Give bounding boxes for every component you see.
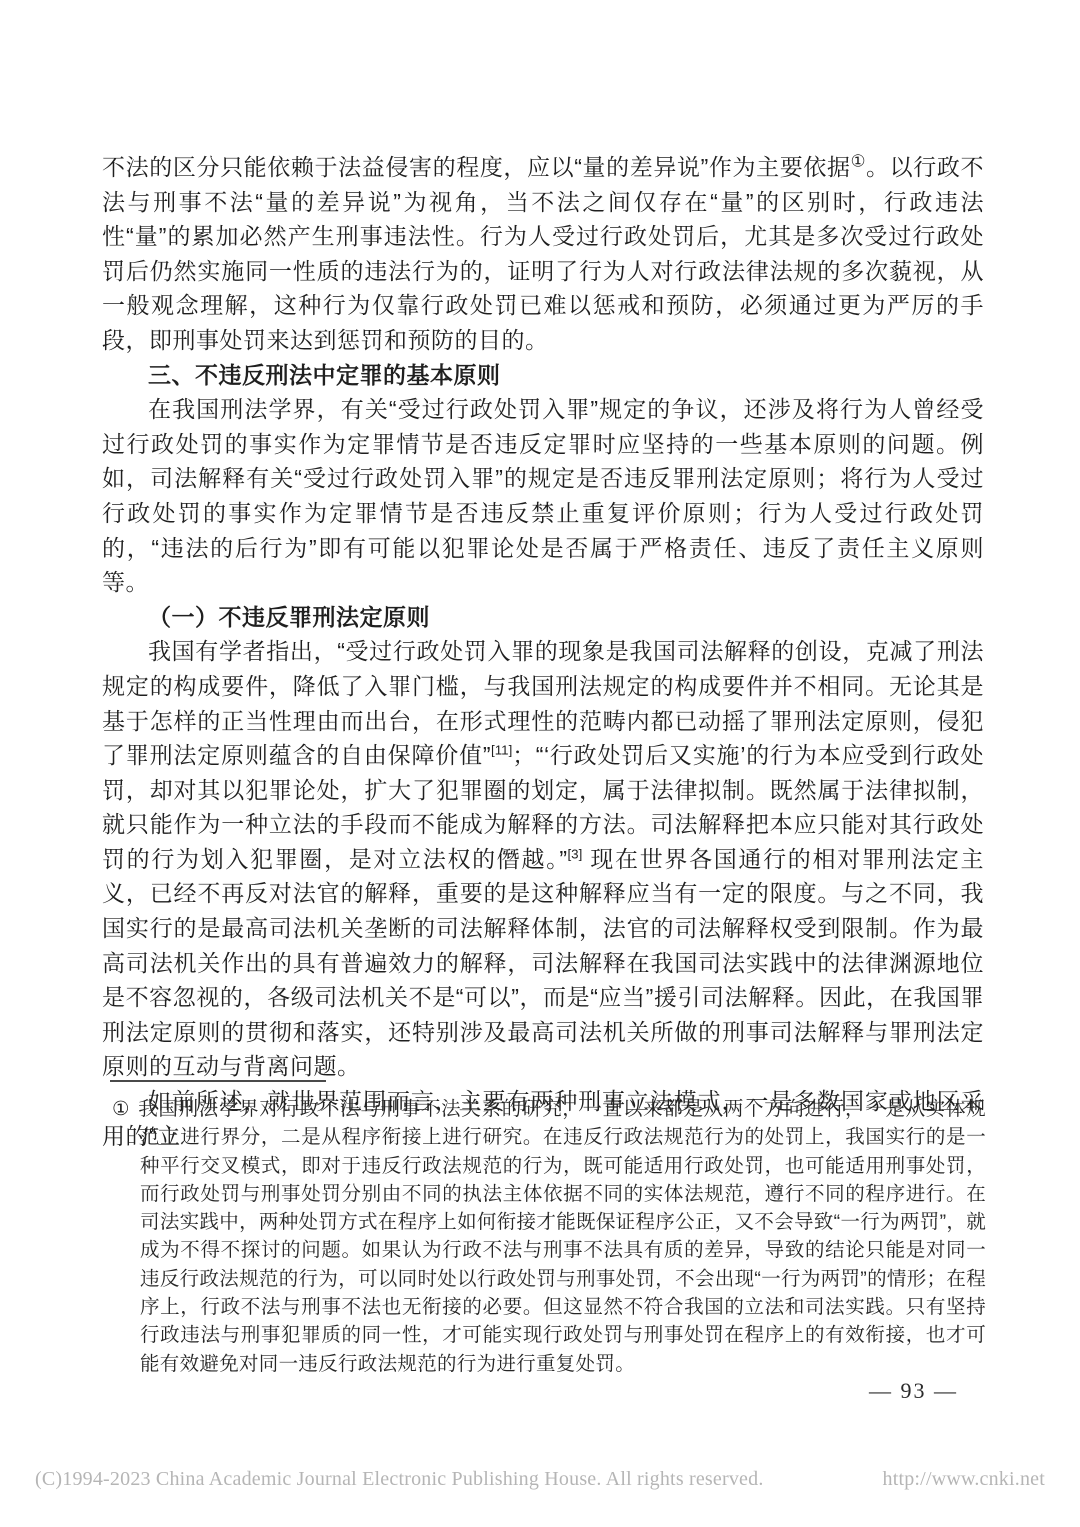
article-body: 不法的区分只能依赖于法益侵害的程度，应以“量的差异说”作为主要依据①。以行政不法… (102, 150, 984, 1153)
footnotes-section: ①我国刑法学界对行政不法与刑事不法关系的研究，一直以来都是从两个方向进行，一是从… (112, 1095, 986, 1378)
body-paragraph: 在我国刑法学界，有关“受过行政处罚入罪”规定的争议，还涉及将行为人曾经受过行政处… (102, 392, 984, 600)
document-page: 不法的区分只能依赖于法益侵害的程度，应以“量的差异说”作为主要依据①。以行政不法… (0, 0, 1080, 1527)
section-heading-level2: （一）不违反罪刑法定原则 (102, 600, 984, 635)
footnote-text: 我国刑法学界对行政不法与刑事不法关系的研究，一直以来都是从两个方向进行，一是从实… (138, 1098, 986, 1375)
page-footer: (C)1994-2023 China Academic Journal Elec… (0, 1468, 1080, 1491)
body-paragraph-continuation: 不法的区分只能依赖于法益侵害的程度，应以“量的差异说”作为主要依据①。以行政不法… (102, 150, 984, 358)
section-heading-level1: 三、不违反刑法中定罪的基本原则 (102, 358, 984, 393)
copyright-text: (C)1994-2023 China Academic Journal Elec… (35, 1468, 764, 1491)
footnote-item: ①我国刑法学界对行政不法与刑事不法关系的研究，一直以来都是从两个方向进行，一是从… (112, 1095, 986, 1378)
footnote-divider (110, 1080, 326, 1082)
footnote-ref-marker: ① (851, 151, 866, 170)
citation-ref-marker: [3] (567, 846, 582, 861)
footer-url: http://www.cnki.net (883, 1468, 1045, 1491)
paragraph-text: 。以行政不法与刑事不法“量的差异说”为视角，当不法之间仅存在“量”的区别时，行政… (102, 154, 984, 353)
footnote-marker: ① (112, 1098, 130, 1120)
paragraph-text: 现在世界各国通行的相对罪刑法定主义，已经不再反对法官的解释，重要的是这种解释应当… (102, 846, 984, 1080)
citation-ref-marker: [11] (491, 742, 512, 757)
body-paragraph: 我国有学者指出，“受过行政处罚入罪的现象是我国司法解释的创设，克减了刑法规定的构… (102, 634, 984, 1084)
paragraph-text: 不法的区分只能依赖于法益侵害的程度，应以“量的差异说”作为主要依据 (102, 154, 851, 180)
page-number: — 93 — (869, 1378, 958, 1404)
